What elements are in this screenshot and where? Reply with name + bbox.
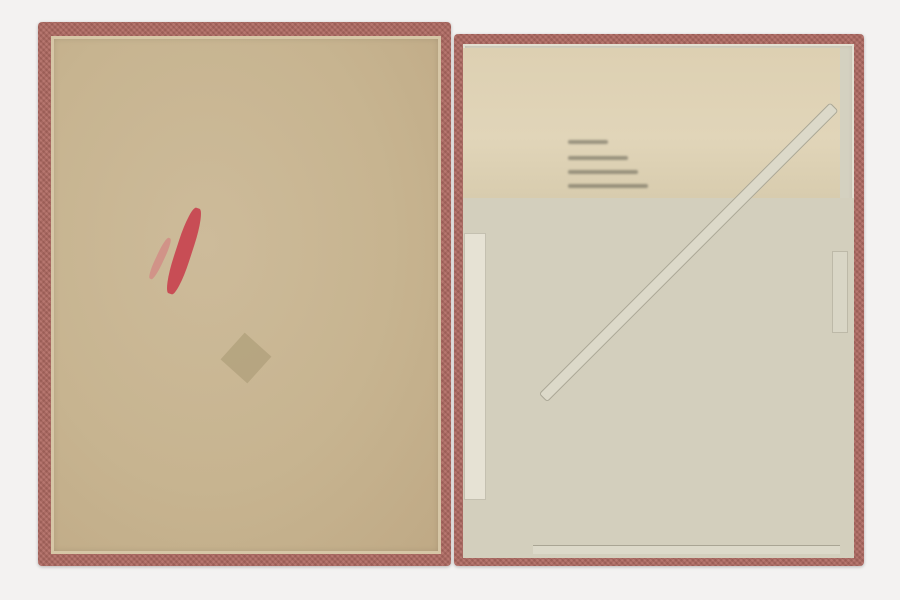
worn-patch xyxy=(221,333,272,384)
faded-print xyxy=(568,170,638,174)
faded-print xyxy=(568,184,648,188)
divided-tray xyxy=(463,198,854,558)
bottom-partition xyxy=(533,545,840,554)
faded-print xyxy=(568,140,608,144)
right-partition xyxy=(832,251,848,333)
box-base xyxy=(454,34,864,566)
faded-print xyxy=(568,156,628,160)
red-stain xyxy=(162,206,205,297)
box-lid xyxy=(38,22,451,566)
left-partition xyxy=(464,233,486,500)
base-interior xyxy=(463,44,854,558)
paper-insert xyxy=(463,48,840,200)
lid-interior xyxy=(51,36,441,554)
